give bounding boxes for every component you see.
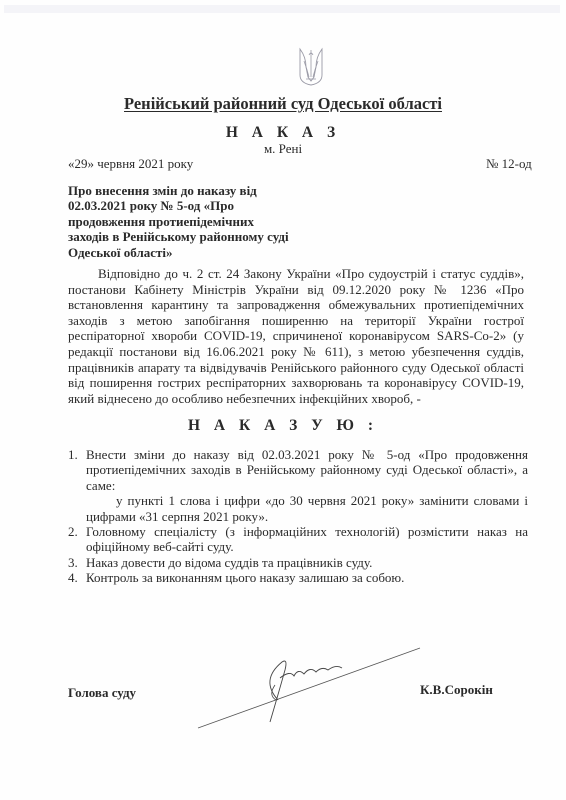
document-subject: Про внесення змін до наказу від 02.03.20… [68, 183, 298, 260]
preamble-text: Відповідно до ч. 2 ст. 24 Закону України… [68, 266, 524, 406]
list-item: 4. Контроль за виконанням цього наказу з… [68, 570, 528, 585]
signatory-role: Голова суду [68, 685, 136, 701]
scan-edge [4, 5, 560, 13]
document-type: Н А К А З [0, 124, 566, 142]
document-page: Ренійський районний суд Одеської області… [0, 0, 566, 800]
list-item: 3. Наказ довести до відома суддів та пра… [68, 555, 528, 570]
orders-heading: Н А К А З У Ю : [0, 417, 566, 435]
court-name: Ренійський районний суд Одеської області [0, 94, 566, 114]
handwritten-signature [190, 640, 430, 740]
list-item: 2. Головному спеціалісту (з інформаційни… [68, 524, 528, 555]
sub-item: у пункті 1 слова і цифри «до 30 червня 2… [86, 493, 528, 524]
signatory-name: К.В.Сорокін [420, 682, 493, 698]
city: м. Рені [0, 141, 566, 157]
orders-list: 1. Внести зміни до наказу від 02.03.2021… [68, 447, 528, 586]
trident-icon [298, 47, 324, 87]
document-date: «29» червня 2021 року [68, 156, 193, 172]
document-number: № 12-од [486, 156, 532, 172]
list-item: 1. Внести зміни до наказу від 02.03.2021… [68, 447, 528, 524]
preamble: Відповідно до ч. 2 ст. 24 Закону України… [68, 266, 524, 406]
